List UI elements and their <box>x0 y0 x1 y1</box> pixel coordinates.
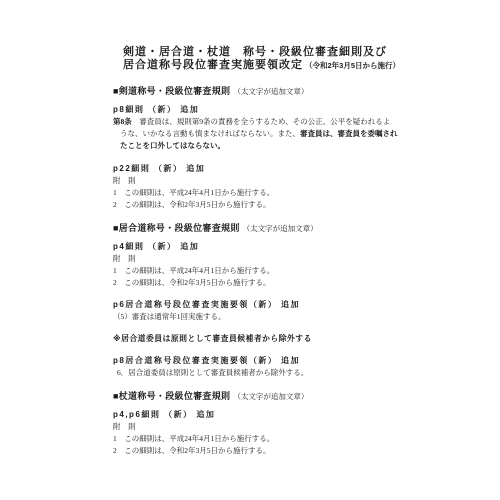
iaido-p6-item: （5）審査は通常年1回実施する。 <box>113 311 413 323</box>
section-heading-kendo: ■剣道称号・段級位審査規則（太文字が追加文章） <box>113 85 413 98</box>
kendo-article-8: 第8条 審査員は、規則第9条の責務を全うするため、その公正、公平を疑われるよ う… <box>113 116 413 152</box>
article-number: 第8条 <box>113 117 132 126</box>
section-heading-jodo-text: ■杖道称号・段級位審査規則 <box>113 391 230 401</box>
effective-date-note: （令和2年3月5日から施行） <box>305 61 400 70</box>
iaido-exclusion-note: ※居合道委員は原則として審査員候補者から除外する <box>113 333 413 345</box>
jodo-fusoku-item2: 2 この細則は、令和2年3月5日から施行する。 <box>113 445 413 457</box>
iaido-fusoku-item2: 2 この細則は、令和2年3月5日から施行する。 <box>113 277 413 289</box>
section-heading-jodo: ■杖道称号・段級位審査規則（太文字が追加文章） <box>113 390 413 403</box>
iaido-p8-item: 6．居合道委員は原則として審査員候補者から除外する。 <box>113 367 413 379</box>
kendo-article-8-line3: たことを口外してはならない。 <box>113 140 413 152</box>
kendo-fusoku-item1: 1 この細則は、平成24年4月1日から施行する。 <box>113 187 413 199</box>
section-heading-iaido: ■居合道称号・段級位審査規則（太文字が追加文章） <box>113 222 413 235</box>
kendo-p22-subheading: p22細則 （新） 追加 <box>113 163 413 175</box>
document-title-line2: 居合道称号段位審査実施要領改定（令和2年3月5日から施行） <box>123 59 413 72</box>
jodo-fusoku-label: 附 則 <box>113 421 413 433</box>
section-heading-iaido-text: ■居合道称号・段級位審査規則 <box>113 223 240 233</box>
iaido-fusoku-item1: 1 この細則は、平成24年4月1日から施行する。 <box>113 265 413 277</box>
jodo-p46-subheading: p4,p6細則 （新） 追加 <box>113 409 413 421</box>
section-heading-iaido-note: （太文字が追加文章） <box>243 224 318 233</box>
iaido-p6-subheading: p6居合道称号段位審査実施要領（新） 追加 <box>113 299 413 311</box>
document-title-line2-main: 居合道称号段位審査実施要領改定 <box>123 59 303 71</box>
document-page: 剣道・居合道・杖道 称号・段級位審査細則及び 居合道称号段位審査実施要領改定（令… <box>0 0 500 500</box>
kendo-article-8-line2: うな、いかなる言動も慎まなければならない。また、審査員は、審査員を委嘱され <box>113 128 413 140</box>
iaido-p8-subheading: p8居合道称号段位審査実施要領（新） 追加 <box>113 355 413 367</box>
document-content: 剣道・居合道・杖道 称号・段級位審査細則及び 居合道称号段位審査実施要領改定（令… <box>113 46 413 457</box>
section-heading-kendo-text: ■剣道称号・段級位審査規則 <box>113 86 230 96</box>
jodo-fusoku-item1: 1 この細則は、平成24年4月1日から施行する。 <box>113 433 413 445</box>
kendo-fusoku-label: 附 則 <box>113 175 413 187</box>
document-title-line1: 剣道・居合道・杖道 称号・段級位審査細則及び <box>123 46 413 59</box>
iaido-fusoku-label: 附 則 <box>113 253 413 265</box>
document-title: 剣道・居合道・杖道 称号・段級位審査細則及び 居合道称号段位審査実施要領改定（令… <box>123 46 413 72</box>
section-heading-jodo-note: （太文字が追加文章） <box>233 392 308 401</box>
section-heading-kendo-note: （太文字が追加文章） <box>233 87 308 96</box>
kendo-p8-subheading: p8細則 （新） 追加 <box>113 104 413 116</box>
kendo-fusoku-item2: 2 この細則は、令和2年3月5日から施行する。 <box>113 199 413 211</box>
iaido-p4-subheading: p4細則 （新） 追加 <box>113 241 413 253</box>
kendo-article-8-line1: 第8条 審査員は、規則第9条の責務を全うするため、その公正、公平を疑われるよ <box>113 116 413 128</box>
